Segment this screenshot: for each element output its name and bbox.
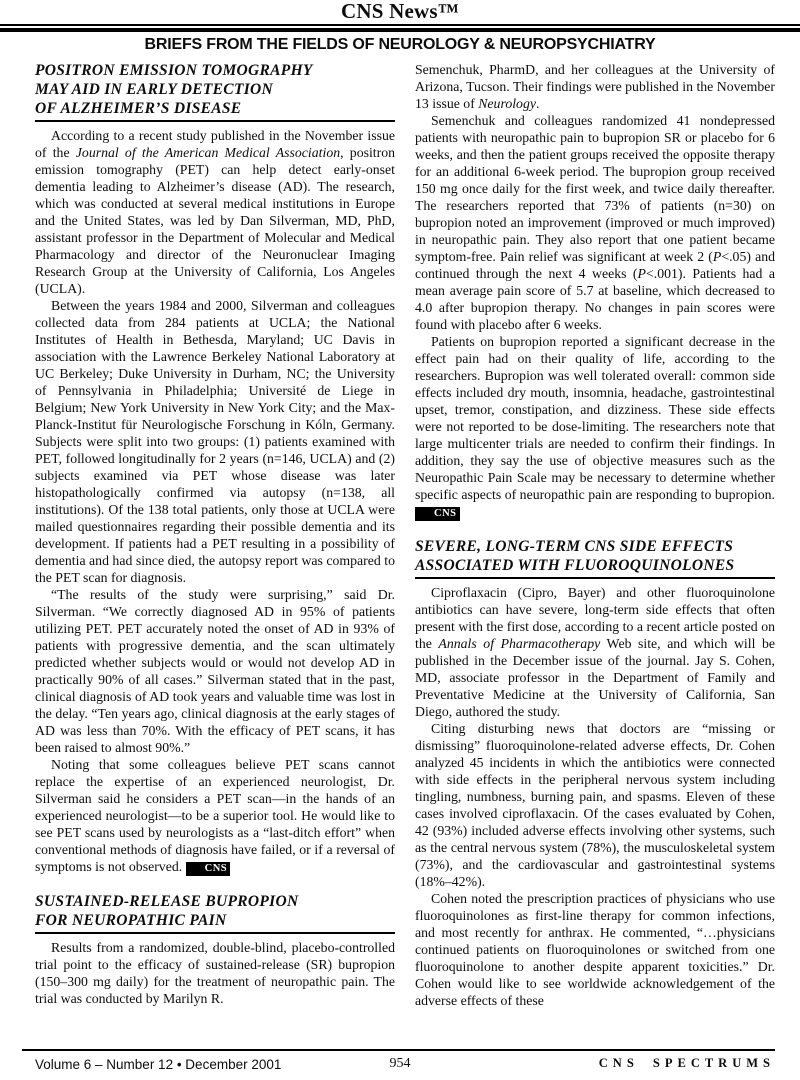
headline-line: SUSTAINED-RELEASE BUPROPION: [35, 892, 395, 911]
body-paragraph: Between the years 1984 and 2000, Silverm…: [35, 297, 395, 586]
body-paragraph: “The results of the study were surprisin…: [35, 586, 395, 756]
body-paragraph: Results from a randomized, double-blind,…: [35, 939, 395, 1007]
article-columns: POSITRON EMISSION TOMOGRAPHYMAY AID IN E…: [0, 57, 800, 1009]
body-paragraph: Ciproflaxacin (Cipro, Bayer) and other f…: [415, 584, 775, 720]
body-paragraph: Semenchuk and colleagues randomized 41 n…: [415, 112, 775, 333]
body-paragraph: Noting that some colleagues believe PET …: [35, 756, 395, 876]
newsletter-page: CNS News™ BRIEFS FROM THE FIELDS OF NEUR…: [0, 0, 800, 1080]
body-paragraph: Semenchuk, PharmD, and her colleagues at…: [415, 61, 775, 112]
cns-endmark: CNS: [415, 507, 460, 521]
body-paragraph: According to a recent study published in…: [35, 127, 395, 297]
header-rule-thin: [0, 24, 800, 26]
body-paragraph: Citing disturbing news that doctors are …: [415, 720, 775, 890]
article-headline: SUSTAINED-RELEASE BUPROPIONFOR NEUROPATH…: [35, 892, 395, 934]
headline-line: OF ALZHEIMER’S DISEASE: [35, 99, 395, 118]
footer-row: Volume 6 – Number 12 • December 2001 954…: [0, 1051, 800, 1074]
masthead-title: CNS News™: [0, 1, 800, 22]
body-paragraph: Patients on bupropion reported a signifi…: [415, 333, 775, 521]
page-number: 954: [390, 1056, 411, 1072]
volume-info: Volume 6 – Number 12 • December 2001: [35, 1057, 281, 1072]
right-column: Semenchuk, PharmD, and her colleagues at…: [415, 61, 775, 1009]
headline-line: ASSOCIATED WITH FLUOROQUINOLONES: [415, 556, 775, 575]
body-paragraph: Cohen noted the prescription practices o…: [415, 890, 775, 1009]
headline-line: MAY AID IN EARLY DETECTION: [35, 80, 395, 99]
headline-line: FOR NEUROPATHIC PAIN: [35, 911, 395, 930]
page-footer: Volume 6 – Number 12 • December 2001 954…: [0, 1049, 800, 1080]
left-column: POSITRON EMISSION TOMOGRAPHYMAY AID IN E…: [35, 61, 395, 1009]
headline-line: POSITRON EMISSION TOMOGRAPHY: [35, 61, 395, 80]
article-headline: POSITRON EMISSION TOMOGRAPHYMAY AID IN E…: [35, 61, 395, 122]
journal-name: CNS SPECTRUMS: [599, 1056, 775, 1071]
cns-endmark: CNS: [186, 862, 231, 876]
article-headline: SEVERE, LONG-TERM CNS SIDE EFFECTSASSOCI…: [415, 537, 775, 579]
section-banner: BRIEFS FROM THE FIELDS OF NEUROLOGY & NE…: [0, 32, 800, 57]
headline-line: SEVERE, LONG-TERM CNS SIDE EFFECTS: [415, 537, 775, 556]
page-header: CNS News™ BRIEFS FROM THE FIELDS OF NEUR…: [0, 0, 800, 57]
